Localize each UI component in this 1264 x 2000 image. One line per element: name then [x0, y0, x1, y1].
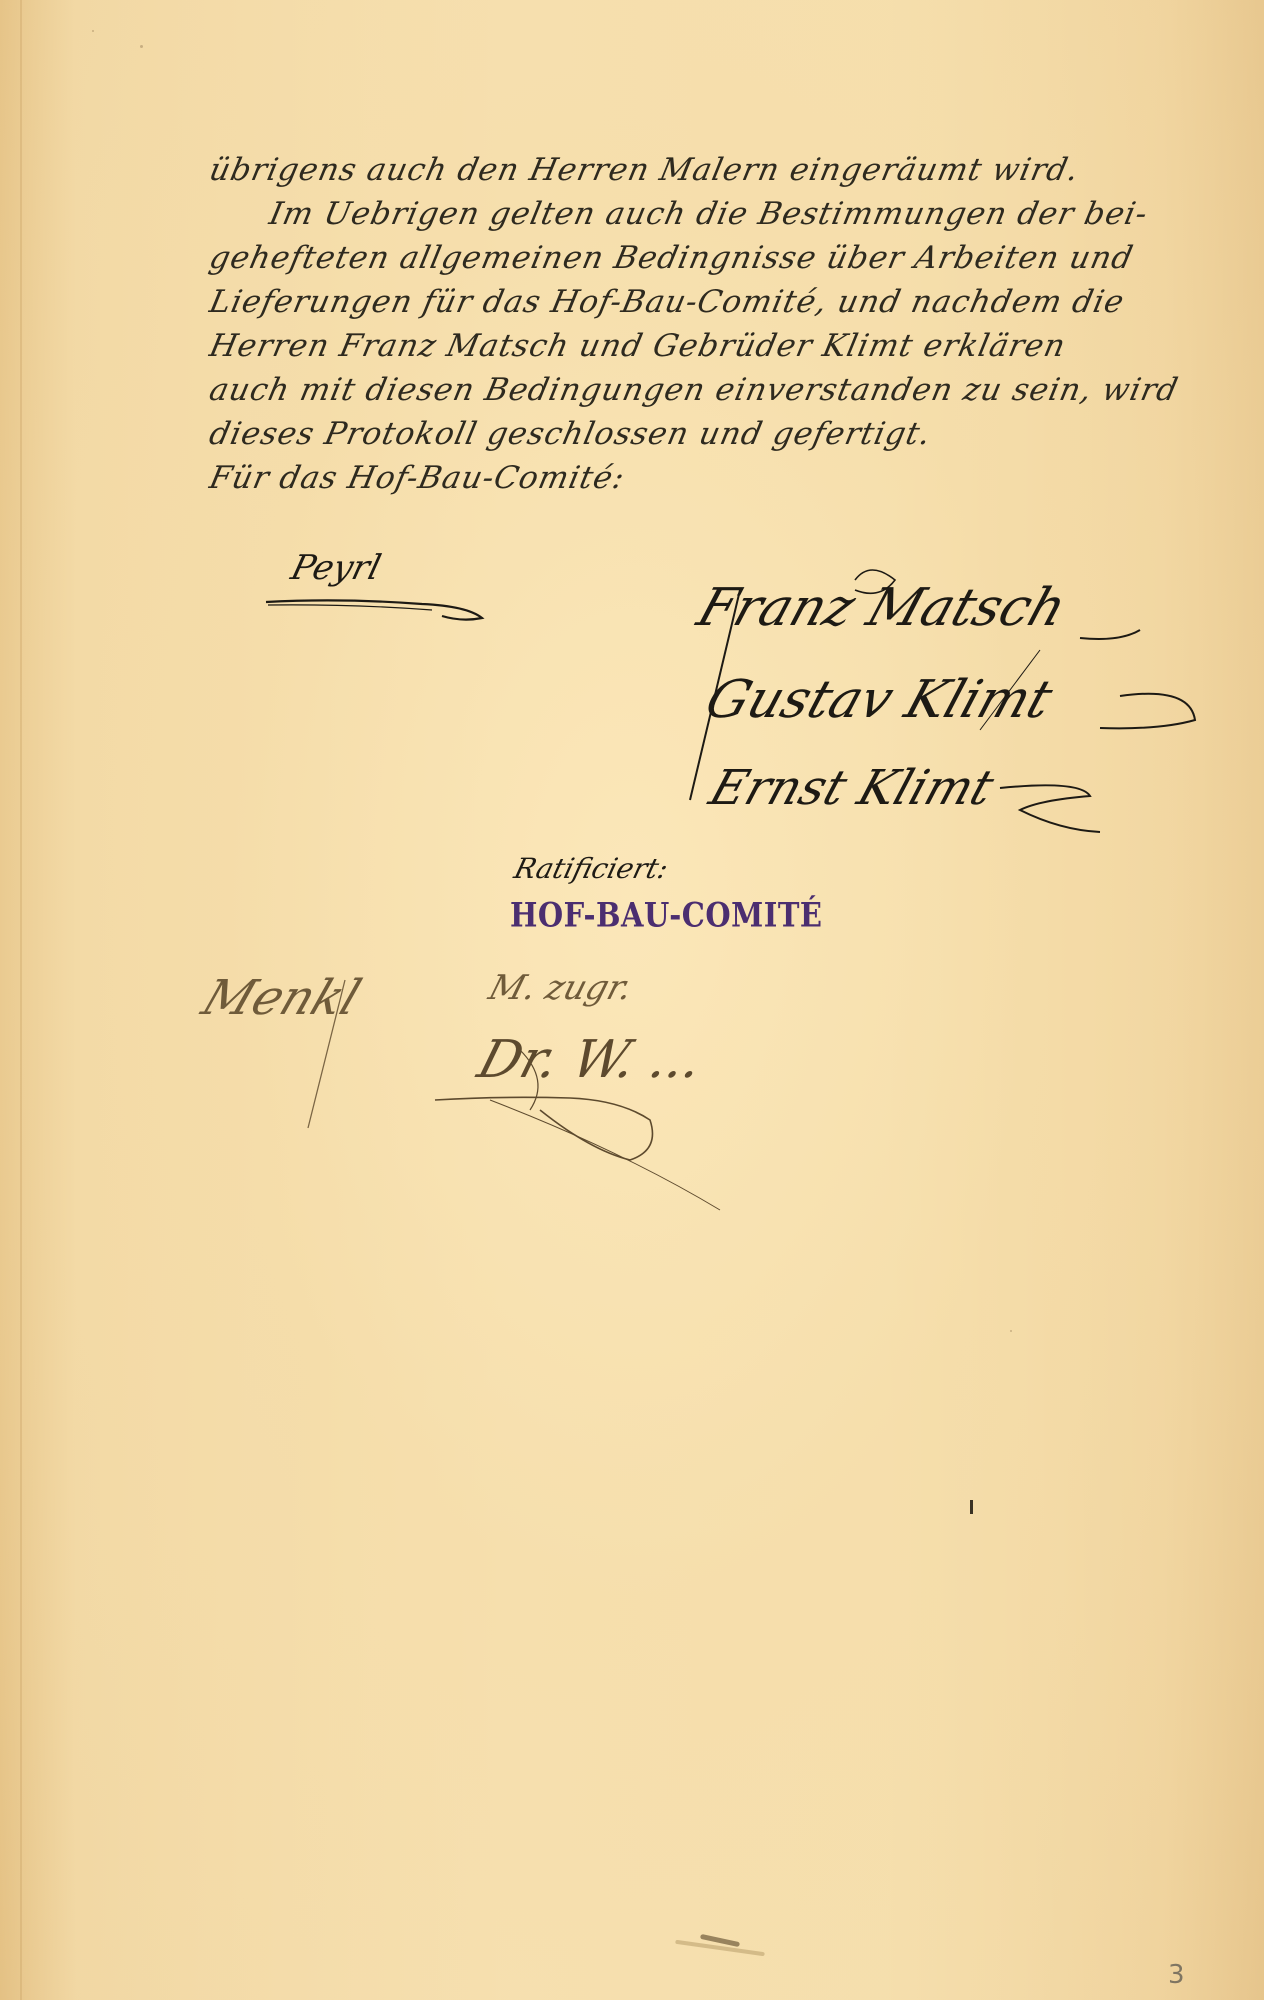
ratification-note: Ratificiert: — [511, 852, 672, 885]
paper-speck — [92, 30, 94, 32]
text-line: dieses Protokoll geschlossen und geferti… — [205, 412, 1244, 456]
signature-lower-strokes-icon — [200, 960, 1020, 1230]
signature-flourish-icon — [262, 592, 492, 632]
signature-ernst-klimt: Ernst Klimt — [703, 760, 1001, 816]
ink-mark — [970, 1500, 973, 1514]
handwritten-body-text: übrigens auch den Herren Malern eingeräu… — [210, 148, 1240, 500]
page-number: 3 — [1168, 1960, 1185, 1990]
paper-fold-edge — [20, 0, 22, 2000]
text-line: Für das Hof-Bau-Comité: — [205, 456, 1244, 500]
hof-bau-comite-stamp: HOF-BAU-COMITÉ — [510, 895, 823, 934]
text-line: übrigens auch den Herren Malern eingeräu… — [205, 148, 1244, 192]
paper-speck — [1010, 1330, 1012, 1332]
text-line: Im Uebrigen gelten auch die Bestimmungen… — [205, 192, 1244, 236]
paper-speck — [140, 45, 143, 48]
signature-franz-matsch: Franz Matsch — [690, 578, 1073, 638]
text-line: gehefteten allgemeinen Bedingnisse über … — [205, 236, 1244, 280]
signature-committee: Peyrl — [287, 548, 385, 588]
text-line: auch mit diesen Bedingungen einverstande… — [205, 368, 1244, 412]
document-page: übrigens auch den Herren Malern eingeräu… — [0, 0, 1264, 2000]
text-line: Herren Franz Matsch und Gebrüder Klimt e… — [205, 324, 1244, 368]
text-line: Lieferungen für das Hof-Bau-Comité, und … — [205, 280, 1244, 324]
signature-gustav-klimt: Gustav Klimt — [698, 670, 1059, 730]
